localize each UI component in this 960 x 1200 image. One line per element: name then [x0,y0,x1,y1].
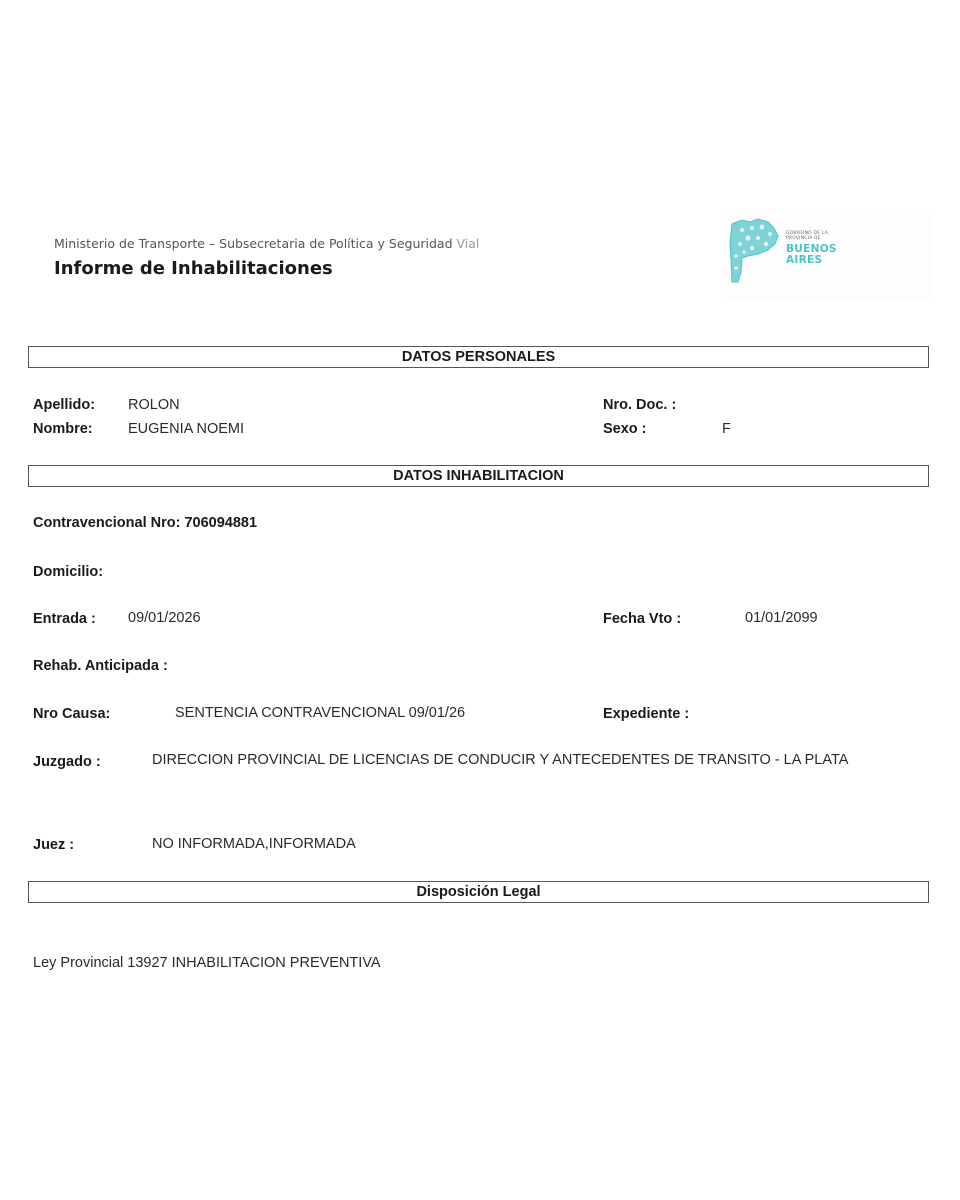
entrada-label: Entrada : [33,611,96,627]
inhabilitation-report-page: Ministerio de Transporte – Subsecretaria… [0,0,960,1200]
nombre-value: EUGENIA NOEMI [128,421,244,437]
report-title: Informe de Inhabilitaciones [54,258,333,279]
fecha-vto-value: 01/01/2099 [745,610,818,626]
rehab-anticipada-label: Rehab. Anticipada : [33,658,168,674]
contravencional-field: Contravencional Nro: 706094881 [33,515,257,531]
province-map-icon [728,216,782,286]
logo-big-text: BUENOS AIRES [786,244,837,266]
ministry-name: Ministerio de Transporte – Subsecretaria… [54,236,453,251]
nro-doc-label: Nro. Doc. : [603,397,676,413]
section-header-disposicion-legal: Disposición Legal [28,881,929,903]
juzgado-label: Juzgado : [33,754,101,770]
contravencional-label: Contravencional Nro: [33,515,180,531]
domicilio-label: Domicilio: [33,564,103,580]
fecha-vto-label: Fecha Vto : [603,611,681,627]
nro-causa-label: Nro Causa: [33,706,110,722]
ministry-subtitle: Ministerio de Transporte – Subsecretaria… [54,236,479,251]
juez-value: NO INFORMADA,INFORMADA [152,836,356,852]
section-header-datos-inhabilitacion: DATOS INHABILITACION [28,465,929,487]
entrada-value: 09/01/2026 [128,610,201,626]
logo-small-text: GOBIERNO DE LA PROVINCIA DE [786,231,828,241]
sexo-label: Sexo : [603,421,647,437]
section-header-datos-personales: DATOS PERSONALES [28,346,929,368]
expediente-label: Expediente : [603,706,689,722]
apellido-value: ROLON [128,397,180,413]
nombre-label: Nombre: [33,421,93,437]
contravencional-value: 706094881 [184,515,257,531]
apellido-label: Apellido: [33,397,95,413]
nro-causa-value: SENTENCIA CONTRAVENCIONAL 09/01/26 [175,705,465,721]
sexo-value: F [722,421,731,437]
juez-label: Juez : [33,837,74,853]
disposicion-legal-text: Ley Provincial 13927 INHABILITACION PREV… [33,955,381,971]
juzgado-value: DIRECCION PROVINCIAL DE LICENCIAS DE CON… [152,750,922,771]
buenos-aires-logo: GOBIERNO DE LA PROVINCIA DE BUENOS AIRES [722,210,932,300]
ministry-name-suffix: Vial [457,236,480,251]
